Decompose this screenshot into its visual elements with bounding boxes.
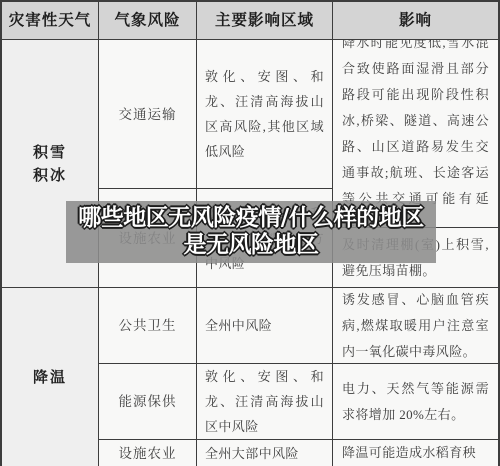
cell-region-energy-supply: 敦化、安图、和龙、汪清高海拔山区中风险 [197, 364, 332, 440]
cell-region-public-health: 全州中风险 [197, 288, 332, 364]
header-affected-regions: 主要影响区域 [197, 2, 332, 40]
title-overlay: 哪些地区无风险疫情/什么样的地区 是无风险地区 [66, 201, 436, 263]
weather-snow-line: 积雪 [33, 141, 67, 164]
header-meteorological-risk: 气象风险 [99, 2, 196, 40]
cell-impact-facility-agriculture-2: 降温可能造成水稻育秧 [333, 440, 498, 466]
cell-impact-energy-supply: 电力、天然气等能源需求将增加 20%左右。 [333, 364, 498, 440]
cell-impact-transport: 降水时能见度低,雪水混合致使路面湿滑且部分路段可能出现阶段性积冰,桥梁、隧道、高… [333, 40, 498, 228]
weather-cooling-line: 降温 [33, 366, 67, 389]
cell-risk-public-health: 公共卫生 [99, 288, 196, 364]
cell-risk-transport: 交通运输 [99, 40, 196, 189]
weather-ice-line: 积冰 [33, 164, 67, 187]
title-overlay-line2: 是无风险地区 [184, 232, 319, 259]
header-disaster-weather: 灾害性天气 [2, 2, 98, 40]
weather-risk-table-image: 灾害性天气 积雪 积冰 降温 气象风险 交通运输 设施农业 公共卫生 能源保供 … [0, 0, 500, 466]
title-overlay-line1: 哪些地区无风险疫情/什么样的地区 [78, 205, 423, 232]
cell-region-transport: 敦化、安图、和龙、汪清高海拔山区高风险,其他区域低风险 [197, 40, 332, 189]
header-impact: 影响 [333, 2, 498, 40]
cell-region-facility-agriculture-2: 全州大部中风险 [197, 440, 332, 466]
cell-risk-facility-agriculture-2: 设施农业 [99, 440, 196, 466]
cell-weather-cooling: 降温 [2, 288, 98, 466]
cell-impact-public-health: 诱发感冒、心脑血管疾病,燃煤取暖用户注意室内一氧化碳中毒风险。 [333, 288, 498, 364]
cell-risk-energy-supply: 能源保供 [99, 364, 196, 440]
